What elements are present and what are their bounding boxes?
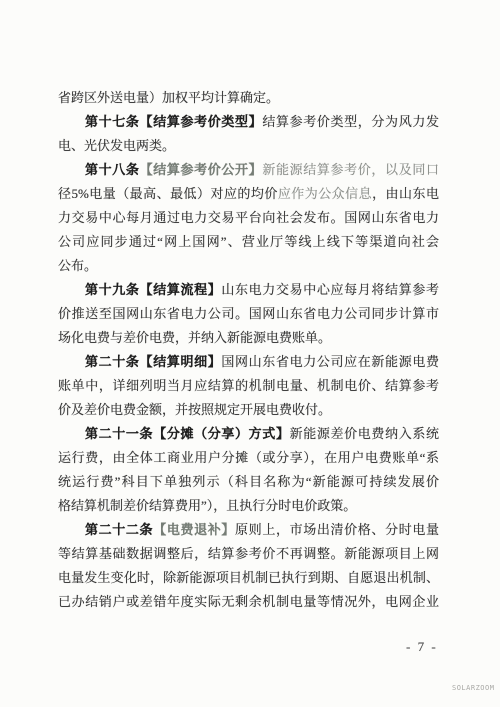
text-line: 电、光伏发电两类。: [58, 134, 439, 158]
text-line: 场化电费与差价电费，并纳入新能源电费账单。: [58, 326, 439, 350]
text-run: 格结算机制差价结算费用”），且执行分时电价政策。: [58, 498, 356, 513]
text-run: 应作为公众信息: [278, 186, 372, 201]
text-line: 第十八条【结算参考价公开】新能源结算参考价，以及同口: [58, 158, 439, 182]
text-line: 径5%电量（最高、最低）对应的均价应作为公众信息，由山东电: [58, 182, 439, 206]
text-run: ，由山东电: [372, 186, 439, 201]
text-run: 省跨区外送电量）加权平均计算确定。: [58, 90, 279, 105]
text-line: 账单中，详细列明当月应结算的机制电量、机制电价、结算参考: [58, 374, 439, 398]
text-line: 第二十一条【分摊（分享）方式】新能源差价电费纳入系统: [58, 422, 439, 446]
text-run: 径5%电量（最高、最低）对应的均价: [58, 186, 278, 201]
text-line: 价推送至国网山东省电力公司。国网山东省电力公司同步计算市: [58, 302, 439, 326]
text-run: 山东电力交易中心应每月将结算参考: [221, 282, 439, 297]
text-line: 第十七条【结算参考价类型】结算参考价类型，分为风力发: [58, 110, 439, 134]
text-run: 电量发生变化时，除新能源项目机制已执行到期、自愿退出机制、: [58, 570, 439, 585]
text-run: 【结算参考价公开】: [140, 162, 263, 177]
text-run: 原则上，市场出清价格、分时电量: [235, 522, 439, 537]
text-run: 价及差价电费金额，并按照规定开展电费收付。: [58, 402, 331, 417]
text-run: 账单中，详细列明当月应结算的机制电量、机制电价、结算参考: [58, 378, 439, 393]
text-run: 结算参考价类型，分为风力发: [262, 114, 439, 129]
text-line: 统运行费”科目下单独列示（科目名称为“新能源可持续发展价: [58, 470, 439, 494]
text-run: 新能源差价电费纳入系统: [290, 426, 439, 441]
text-run: 第十八条: [85, 162, 140, 177]
text-run: 公司应同步通过“网上国网”、营业厅等线上线下等渠道向社会: [58, 234, 439, 249]
text-run: 电、光伏发电两类。: [58, 138, 175, 153]
page-number: - 7 -: [406, 639, 442, 655]
text-line: 第二十二条【电费退补】原则上，市场出清价格、分时电量: [58, 518, 439, 542]
text-run: 第二十一条【分摊（分享）方式】: [85, 426, 290, 441]
text-line: 公司应同步通过“网上国网”、营业厅等线上线下等渠道向社会: [58, 230, 439, 254]
text-line: 第二十条【结算明细】国网山东省电力公司应在新能源电费: [58, 350, 439, 374]
text-run: 已办结销户或差错年度实际无剩余机制电量等情况外，电网企业: [58, 594, 439, 609]
text-run: 第二十条【结算明细】: [85, 354, 221, 369]
text-line: 等结算基础数据调整后，结算参考价不再调整。新能源项目上网: [58, 542, 439, 566]
text-run: 力交易中心每月通过电力交易平台向社会发布。国网山东省电力: [58, 210, 439, 225]
text-run: 国网山东省电力公司应在新能源电费: [221, 354, 439, 369]
text-run: 公布。: [58, 258, 97, 273]
text-run: 运行费，由全体工商业用户分摊（或分享），在用户电费账单“系: [58, 450, 439, 465]
text-run: 等结算基础数据调整后，结算参考价不再调整。新能源项目上网: [58, 546, 439, 561]
text-line: 已办结销户或差错年度实际无剩余机制电量等情况外，电网企业: [58, 590, 439, 614]
text-line: 价及差价电费金额，并按照规定开展电费收付。: [58, 398, 439, 422]
text-line: 格结算机制差价结算费用”），且执行分时电价政策。: [58, 494, 439, 518]
text-line: 省跨区外送电量）加权平均计算确定。: [58, 86, 439, 110]
text-run: 统运行费”科目下单独列示（科目名称为“新能源可持续发展价: [58, 474, 439, 489]
text-run: 【电费退补】: [153, 522, 235, 537]
text-run: 第十九条【结算流程】: [85, 282, 221, 297]
text-run: 第十七条【结算参考价类型】: [85, 114, 262, 129]
watermark: SOLARZOOM: [452, 684, 494, 692]
text-line: 第十九条【结算流程】山东电力交易中心应每月将结算参考: [58, 278, 439, 302]
text-run: 第二十二条: [85, 522, 153, 537]
scanned-page: 省跨区外送电量）加权平均计算确定。第十七条【结算参考价类型】结算参考价类型，分为…: [0, 0, 500, 707]
text-line: 力交易中心每月通过电力交易平台向社会发布。国网山东省电力: [58, 206, 439, 230]
text-line: 运行费，由全体工商业用户分摊（或分享），在用户电费账单“系: [58, 446, 439, 470]
text-line: 公布。: [58, 254, 439, 278]
text-line: 电量发生变化时，除新能源项目机制已执行到期、自愿退出机制、: [58, 566, 439, 590]
text-run: 场化电费与差价电费，并纳入新能源电费账单。: [58, 330, 331, 345]
document-body: 省跨区外送电量）加权平均计算确定。第十七条【结算参考价类型】结算参考价类型，分为…: [58, 86, 439, 614]
text-run: 价推送至国网山东省电力公司。国网山东省电力公司同步计算市: [58, 306, 439, 321]
text-run: 新能源结算参考价，以及同口: [262, 162, 439, 177]
